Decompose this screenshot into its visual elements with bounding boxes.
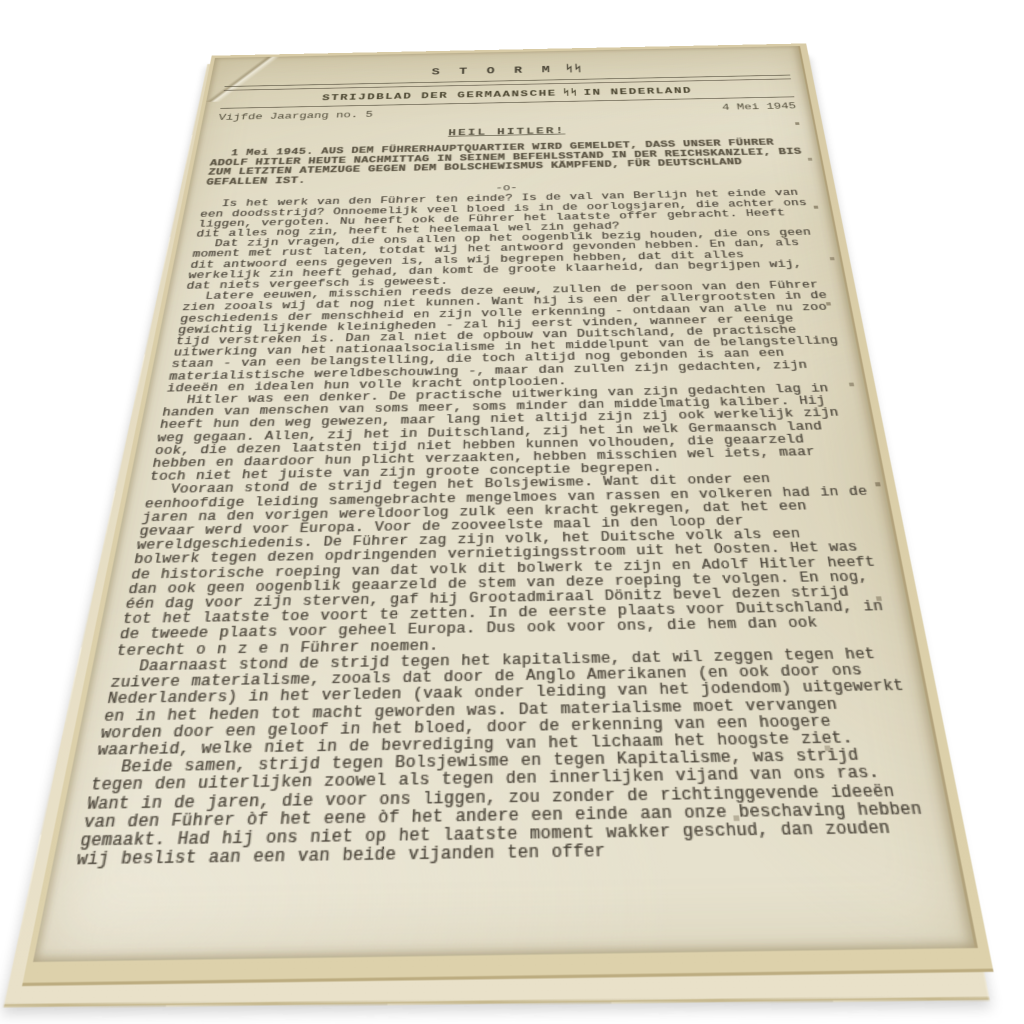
subtitle-right: IN NEDERLAND bbox=[583, 86, 692, 98]
ss-runes-icon: ᛋᛋ bbox=[562, 88, 578, 98]
body-paragraph: Latere eeuwen, misschien reeds deze eeuw… bbox=[166, 280, 848, 395]
issue-row: Vijfde Jaargang no. 5 4 Mei 1945 bbox=[218, 102, 797, 123]
document-page: S T O R Mᛋᛋ STRIJDBLAD DER GERMAANSCHEᛋᛋ… bbox=[33, 46, 978, 962]
paper-stack: S T O R Mᛋᛋ STRIJDBLAD DER GERMAANSCHEᛋᛋ… bbox=[33, 46, 978, 962]
body-paragraph: Beide samen, strijd tegen Bolsjewisme en… bbox=[75, 747, 937, 871]
ss-runes-icon: ᛋᛋ bbox=[565, 63, 583, 75]
issue-date: 4 Mei 1945 bbox=[722, 102, 797, 113]
body-paragraph: Daarnaast stond de strijd tegen het kapi… bbox=[96, 647, 916, 760]
article-body: Is het werk van den Führer ten einde? Is… bbox=[75, 188, 937, 870]
issue-number: Vijfde Jaargang no. 5 bbox=[218, 110, 374, 122]
body-paragraph: Vooraan stond de strijd tegen het Bolsje… bbox=[115, 472, 897, 660]
foxing-specks bbox=[215, 58, 217, 59]
page-content: S T O R Mᛋᛋ STRIJDBLAD DER GERMAANSCHEᛋᛋ… bbox=[75, 59, 937, 871]
document-photo: S T O R Mᛋᛋ STRIJDBLAD DER GERMAANSCHEᛋᛋ… bbox=[0, 0, 1024, 1024]
masthead-title-text: S T O R M bbox=[431, 65, 555, 78]
subtitle-left: STRIJDBLAD DER GERMAANSCHE bbox=[321, 88, 556, 102]
masthead: S T O R Mᛋᛋ STRIJDBLAD DER GERMAANSCHEᛋᛋ… bbox=[218, 59, 797, 123]
body-paragraph: Hitler was een denker. De practische uit… bbox=[148, 383, 864, 485]
